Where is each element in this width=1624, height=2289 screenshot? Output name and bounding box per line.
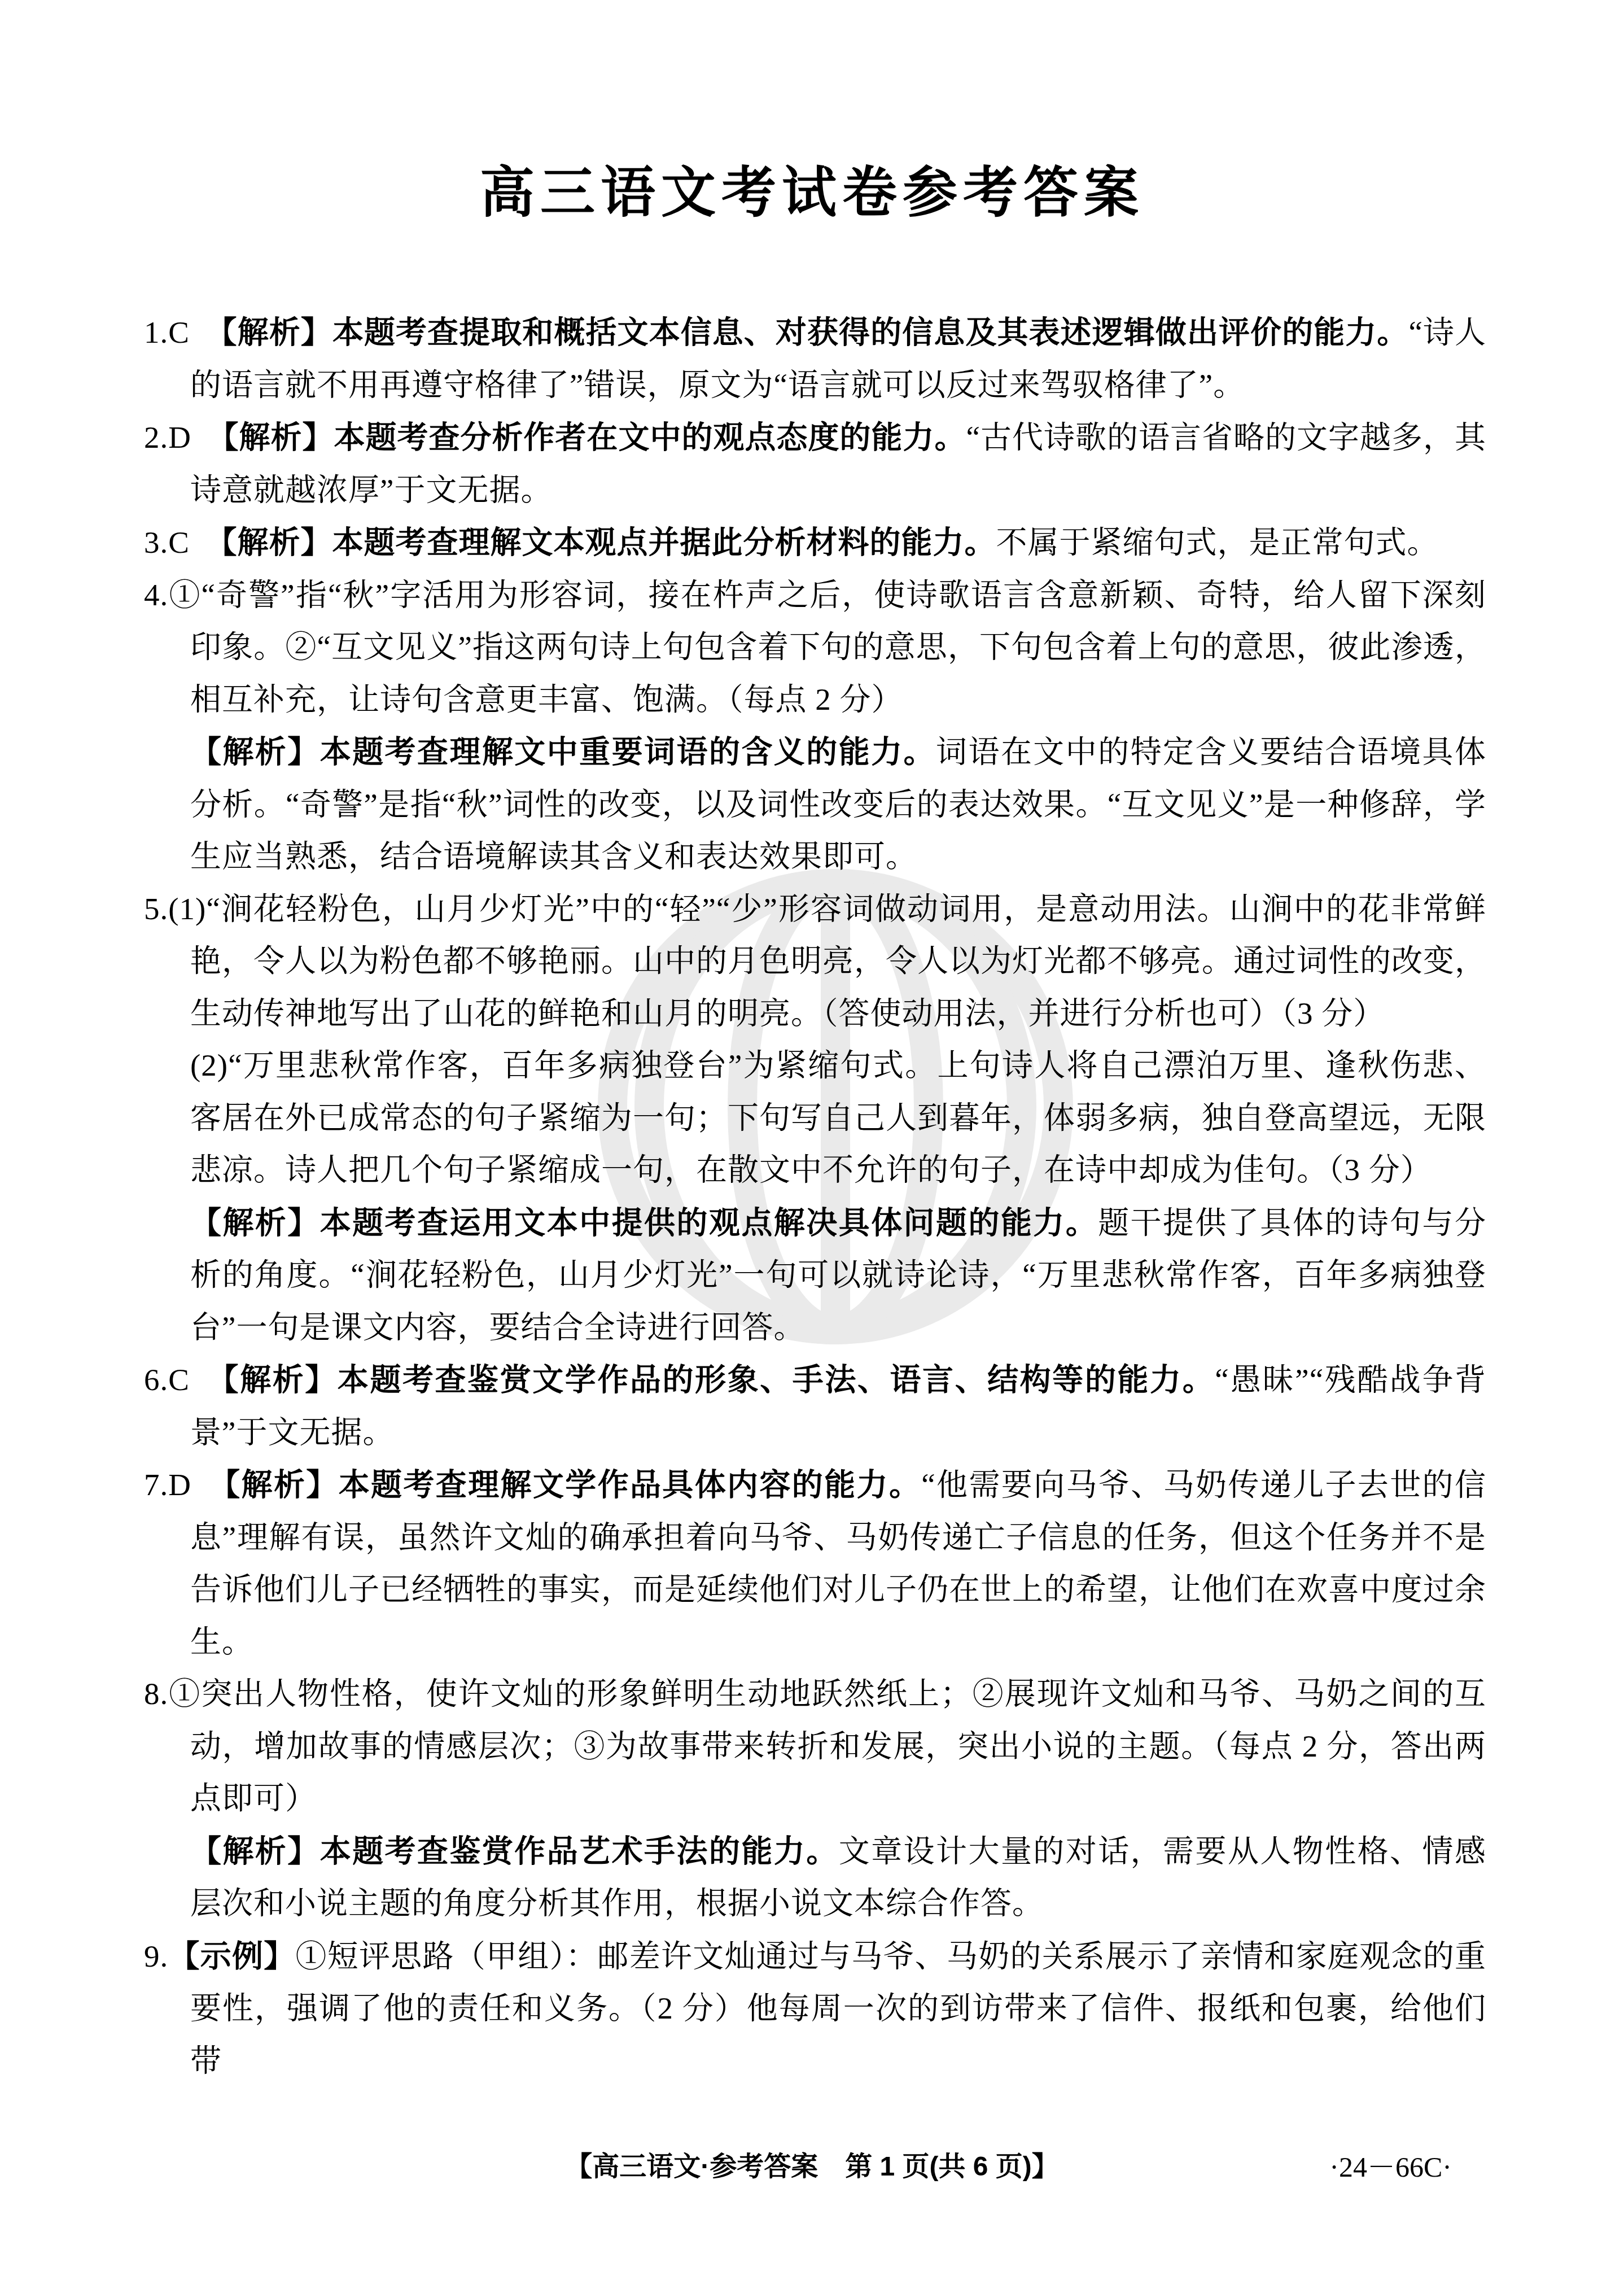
text-run: 3.C (144, 525, 221, 560)
answer-paragraph-7: (2)“万里悲秋常作客，百年多病独登台”为紧缩句式。上句诗人将自己漂泊万里、逢秋… (144, 1039, 1486, 1196)
bold-run: 【解析】本题考查理解文本观点并据此分析材料的能力。 (221, 525, 996, 560)
answer-paragraph-11: 8.①突出人物性格，使许文灿的形象鲜明生动地跃然纸上；②展现许文灿和马爷、马奶之… (144, 1668, 1486, 1825)
answer-paragraph-4: 4.①“奇警”指“秋”字活用为形容词，接在杵声之后，使诗歌语言含意新颖、奇特，给… (144, 569, 1486, 726)
text-run: 1.C (144, 315, 221, 350)
text-run: (2)“万里悲秋常作客，百年多病独登台”为紧缩句式。上句诗人将自己漂泊万里、逢秋… (190, 1048, 1486, 1187)
answer-paragraph-6: 5.(1)“涧花轻粉色，山月少灯光”中的“轻”“少”形容词做动词用，是意动用法。… (144, 883, 1486, 1040)
bold-run: 【解析】本题考查运用文本中提供的观点解决具体问题的能力。 (190, 1205, 1098, 1240)
answers-list: 1.C 【解析】本题考查提取和概括文本信息、对获得的信息及其表述逻辑做出评价的能… (144, 306, 1486, 2087)
answer-paragraph-9: 6.C 【解析】本题考查鉴赏文学作品的形象、手法、语言、结构等的能力。“愚昧”“… (144, 1353, 1486, 1458)
bold-run: 【解析】本题考查分析作者在文中的观点态度的能力。 (223, 420, 966, 455)
text-run: 9. (144, 1939, 168, 1973)
text-run: 7.D (144, 1467, 225, 1502)
bold-run: 【解析】本题考查鉴赏作品艺术手法的能力。 (190, 1833, 839, 1868)
bold-run: 【示例】 (168, 1938, 295, 1973)
text-run: 6.C (144, 1362, 223, 1397)
answer-paragraph-8: 【解析】本题考查运用文本中提供的观点解决具体问题的能力。题干提供了具体的诗句与分… (144, 1196, 1486, 1354)
bold-run: 【解析】本题考查理解文学作品具体内容的能力。 (225, 1467, 922, 1502)
text-run: 8.①突出人物性格，使许文灿的形象鲜明生动地跃然纸上；②展现许文灿和马爷、马奶之… (144, 1676, 1486, 1815)
bold-run: 【解析】本题考查理解文中重要词语的含义的能力。 (190, 734, 936, 769)
page-footer: 【高三语文·参考答案 第 1 页(共 6 页)】 ·24－66C· (0, 2144, 1624, 2184)
answer-paragraph-5: 【解析】本题考查理解文中重要词语的含义的能力。词语在文中的特定含义要结合语境具体… (144, 726, 1486, 883)
bold-run: 【解析】本题考查鉴赏文学作品的形象、手法、语言、结构等的能力。 (223, 1362, 1215, 1397)
answer-paragraph-1: 1.C 【解析】本题考查提取和概括文本信息、对获得的信息及其表述逻辑做出评价的能… (144, 306, 1486, 411)
bold-run: 【解析】本题考查提取和概括文本信息、对获得的信息及其表述逻辑做出评价的能力。 (221, 314, 1408, 350)
page-title: 高三语文考试卷参考答案 (0, 148, 1624, 227)
answer-paragraph-12: 【解析】本题考查鉴赏作品艺术手法的能力。文章设计大量的对话，需要从人物性格、情感… (144, 1825, 1486, 1930)
answer-paragraph-3: 3.C 【解析】本题考查理解文本观点并据此分析材料的能力。不属于紧缩句式，是正常… (144, 516, 1486, 569)
text-run: 4.①“奇警”指“秋”字活用为形容词，接在杵声之后，使诗歌语言含意新颖、奇特，给… (144, 578, 1486, 717)
footer-page-info: 【高三语文·参考答案 第 1 页(共 6 页)】 (565, 2144, 1059, 2183)
answer-sheet-page: 高三语文考试卷参考答案 1.C 【解析】本题考查提取和概括文本信息、对获得的信息… (0, 0, 1624, 2289)
text-run: 不属于紧缩句式，是正常句式。 (996, 525, 1438, 560)
text-run: 5.(1)“涧花轻粉色，山月少灯光”中的“轻”“少”形容词做动词用，是意动用法。… (144, 892, 1486, 1030)
answer-paragraph-2: 2.D 【解析】本题考查分析作者在文中的观点态度的能力。“古代诗歌的语言省略的文… (144, 411, 1486, 516)
answer-paragraph-13: 9.【示例】①短评思路（甲组）：邮差许文灿通过与马爷、马奶的关系展示了亲情和家庭… (144, 1930, 1486, 2087)
text-run: ①短评思路（甲组）：邮差许文灿通过与马爷、马奶的关系展示了亲情和家庭观念的重要性… (190, 1939, 1486, 2078)
text-run: 2.D (144, 420, 223, 455)
answer-paragraph-10: 7.D 【解析】本题考查理解文学作品具体内容的能力。“他需要向马爷、马奶传递儿子… (144, 1458, 1486, 1668)
footer-paper-code: ·24－66C· (1329, 2144, 1452, 2185)
